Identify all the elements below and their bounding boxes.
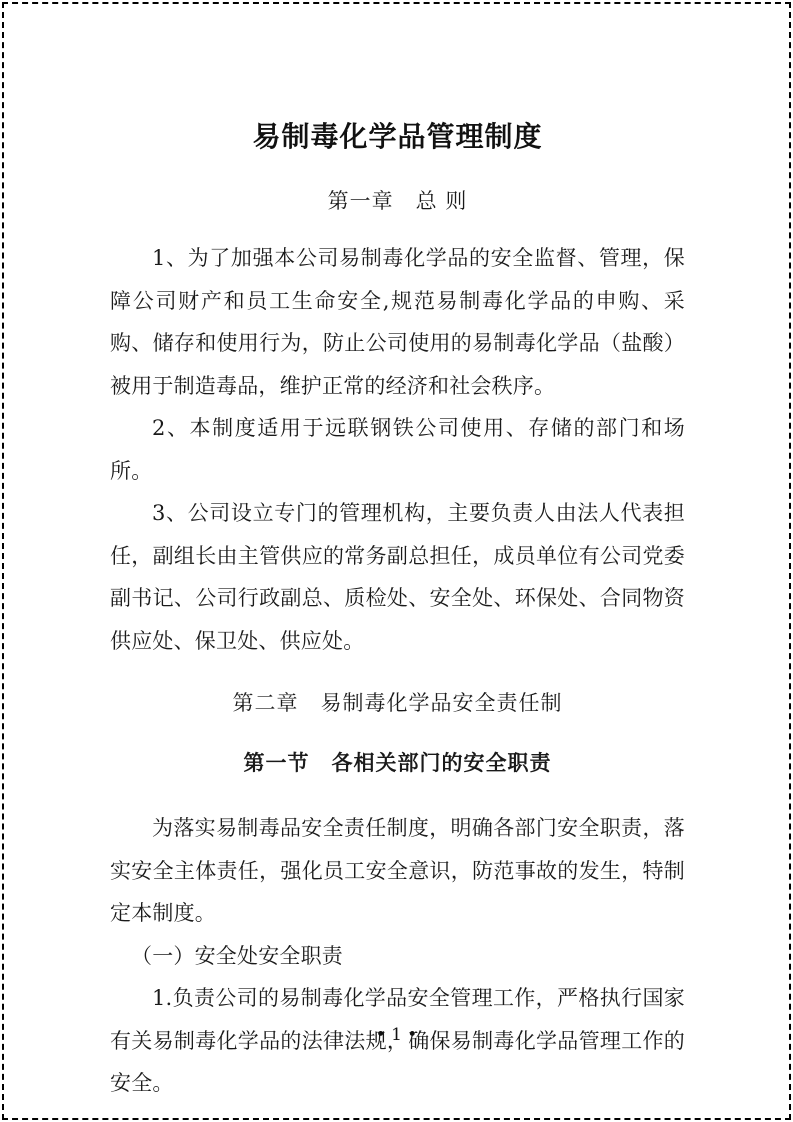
- document-page: 易制毒化学品管理制度 第一章 总 则 1、为了加强本公司易制毒化学品的安全监督、…: [0, 0, 793, 1122]
- paragraph-4: 为落实易制毒品安全责任制度，明确各部门安全职责，落实安全主体责任，强化员工安全意…: [110, 807, 685, 935]
- document-content: 易制毒化学品管理制度 第一章 总 则 1、为了加强本公司易制毒化学品的安全监督、…: [0, 0, 793, 1105]
- paragraph-2: 2、本制度适用于远联钢铁公司使用、存储的部门和场所。: [110, 407, 685, 492]
- subheading-safety-dept-duties: （一）安全处安全职责: [110, 935, 685, 978]
- chapter-1-heading: 第一章 总 则: [110, 186, 685, 216]
- paragraph-3: 3、公司设立专门的管理机构，主要负责人由法人代表担任，副组长由主管供应的常务副总…: [110, 492, 685, 662]
- chapter-2-heading: 第二章 易制毒化学品安全责任制: [110, 688, 685, 718]
- paragraph-1: 1、为了加强本公司易制毒化学品的安全监督、管理，保障公司财产和员工生命安全,规范…: [110, 237, 685, 407]
- document-title: 易制毒化学品管理制度: [110, 118, 685, 156]
- section-1-heading: 第一节 各相关部门的安全职责: [110, 748, 685, 778]
- page-number: • 1 •: [0, 1024, 793, 1046]
